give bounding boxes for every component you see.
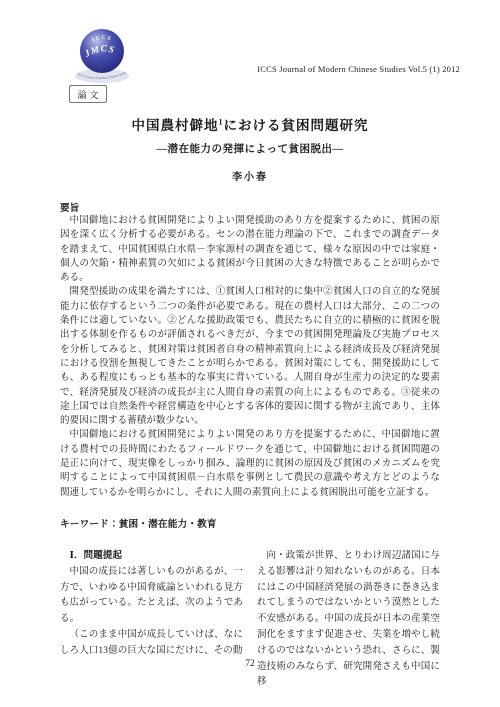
globe-logo-icon: ICCS Journal of Modern Chinese Studies I… bbox=[74, 25, 130, 85]
paper-title: 中国農村僻地1における貧困問題研究 bbox=[60, 118, 440, 133]
page-number: 72 bbox=[0, 659, 500, 669]
paper-page: ICCS Journal of Modern Chinese Studies I… bbox=[0, 0, 500, 707]
journal-header-line: ICCS Journal of Modern Chinese Studies V… bbox=[257, 64, 460, 74]
body-paragraph: （このまま中国が成長していけば、なにしろ人口13億の巨大な国にだけに、その動 bbox=[60, 628, 243, 660]
article-type-badge: 論文 bbox=[69, 85, 107, 103]
section-heading: Ⅰ．問題提起 bbox=[60, 549, 243, 565]
page-content: 中国農村僻地1における貧困問題研究 ―潜在能力の発揮によって貧困脱出― 李小春 … bbox=[0, 118, 500, 691]
left-column: Ⅰ．問題提起 中国の成長には著しいものがあるが、一方で、いわゆる中国脅威論といわ… bbox=[60, 549, 243, 691]
two-column-body: Ⅰ．問題提起 中国の成長には著しいものがあるが、一方で、いわゆる中国脅威論といわ… bbox=[60, 549, 440, 691]
keywords-line: キーワード：貧困・潜在能力・教育 bbox=[60, 516, 440, 530]
abstract-paragraph: 中国僻地における貧困開発によりよい開発援助のあり方を提案するために、貧困の原因を… bbox=[60, 214, 440, 285]
abstract-paragraph: 開発型援助の成果を満たすには、①貧困人口相対的に集中②貧困人口の自立的な発展能力… bbox=[60, 285, 440, 428]
paper-subtitle: ―潜在能力の発揮によって貧困脱出― bbox=[60, 141, 440, 156]
title-part1: 中国農村僻地 bbox=[132, 118, 219, 133]
abstract-body: 中国僻地における貧困開発によりよい開発援助のあり方を提案するために、貧困の原因を… bbox=[60, 214, 440, 500]
body-paragraph: 向・政策が世界、とりわけ周辺諸国に与える影響は計り知れないものがある。日本にはこ… bbox=[257, 549, 440, 691]
iccs-logo: ICCS Journal of Modern Chinese Studies I… bbox=[74, 25, 130, 85]
body-paragraph: 中国の成長には著しいものがあるが、一方で、いわゆる中国脅威論といわれる見方も広が… bbox=[60, 565, 243, 628]
abstract-paragraph: 中国僻地における貧困開発によりよい開発のあり方を提案するために、中国僻地に置ける… bbox=[60, 428, 440, 499]
author-name: 李小春 bbox=[60, 168, 440, 183]
abstract-heading: 要旨 bbox=[60, 200, 440, 214]
right-column: 向・政策が世界、とりわけ周辺諸国に与える影響は計り知れないものがある。日本にはこ… bbox=[257, 549, 440, 691]
title-part2: における貧困問題研究 bbox=[224, 118, 369, 133]
